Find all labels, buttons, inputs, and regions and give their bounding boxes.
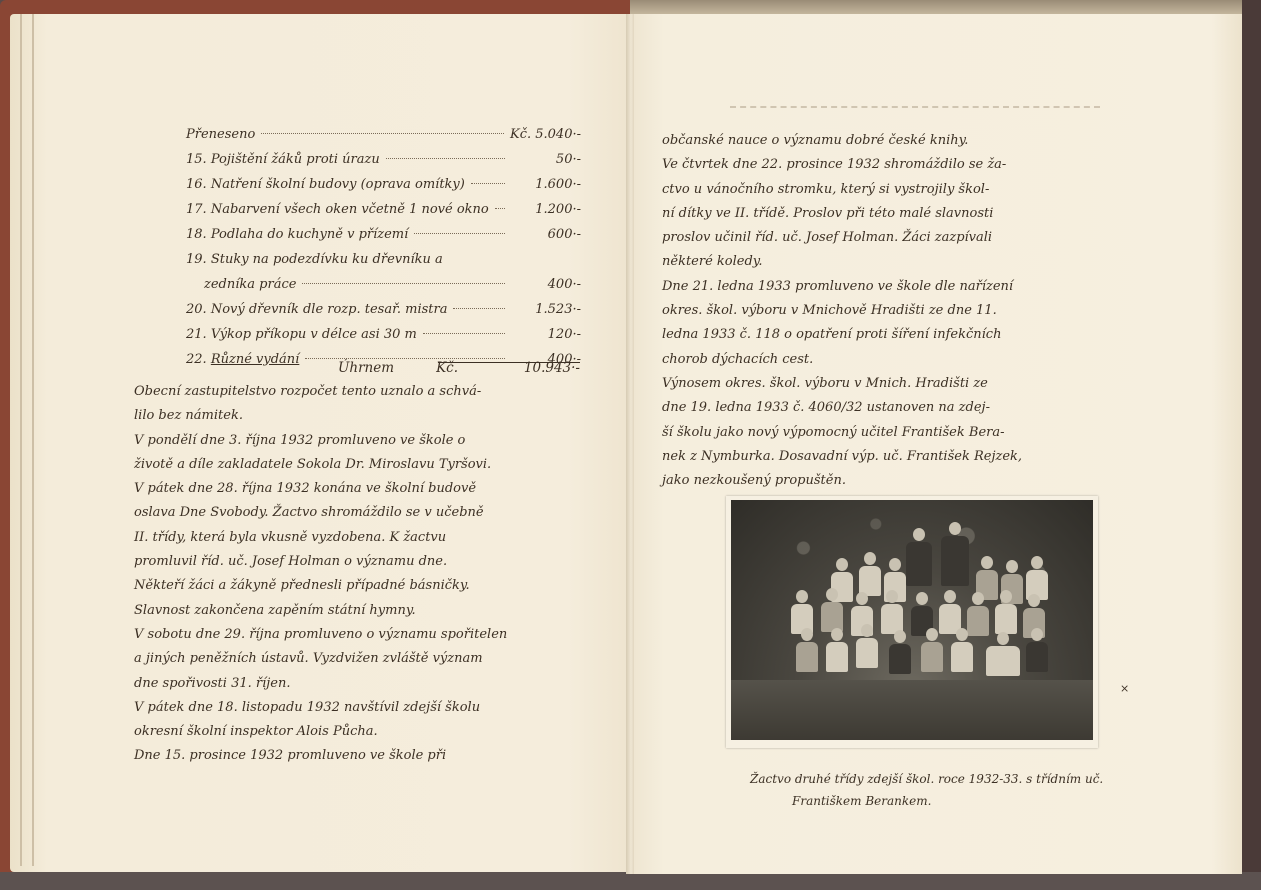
- photo-caption: Žactvo druhé třídy zdejší škol. roce 193…: [750, 768, 1103, 812]
- expense-ledger: Přeneseno Kč. 5.040·- 15. Pojištění žáků…: [186, 127, 581, 377]
- pupil-figure: [796, 628, 818, 672]
- pupil-figure: [995, 590, 1017, 634]
- pupils-group: [771, 528, 1061, 693]
- right-page-text: občanské nauce o významu dobré české kni…: [662, 129, 1132, 493]
- pupil-figure: [889, 630, 911, 674]
- teacher-figure: [941, 522, 969, 566]
- pupil-figure: [1026, 628, 1048, 672]
- book-cover-right-edge: [1240, 0, 1261, 890]
- leader-dots: [261, 133, 504, 134]
- pupil-figure: [826, 628, 848, 672]
- ledger-item: 20. Nový dřevník dle rozp. tesař. mistra…: [186, 302, 581, 327]
- pupil-figure: [951, 628, 973, 672]
- ledger-item: 17. Nabarvení všech oken včetně 1 nové o…: [186, 202, 581, 227]
- ledger-item: 21. Výkop příkopu v délce asi 30 m 120·-: [186, 327, 581, 352]
- pupil-figure: [859, 552, 881, 596]
- margin-mark: ×: [1120, 682, 1129, 695]
- ledger-item: 18. Podlaha do kuchyně v přízemí 600·-: [186, 227, 581, 252]
- ledger-total: Úhrnem Kč. 10.943·-: [338, 360, 580, 376]
- ledger-item-continuation: zedníka práce 400·-: [186, 277, 581, 302]
- pupil-figure: [821, 588, 843, 632]
- ledger-item: 19. Stuky na podezdívku ku dřevníku a: [186, 252, 581, 277]
- table-surface: [0, 872, 1261, 890]
- class-photograph: [731, 500, 1093, 740]
- left-page-text: Obecní zastupitelstvo rozpočet tento uzn…: [134, 380, 604, 769]
- pupil-figure: [921, 628, 943, 672]
- pupil-figure: [881, 590, 903, 634]
- pupil-figure: [986, 632, 1020, 676]
- faint-ruled-line: [730, 106, 1100, 110]
- ledger-item: 15. Pojištění žáků proti úrazu 50·-: [186, 152, 581, 177]
- pupil-figure: [856, 624, 878, 668]
- teacher-figure: [906, 528, 932, 572]
- ledger-item: 16. Natření školní budovy (oprava omítky…: [186, 177, 581, 202]
- ledger-carried-forward: Přeneseno Kč. 5.040·-: [186, 127, 581, 152]
